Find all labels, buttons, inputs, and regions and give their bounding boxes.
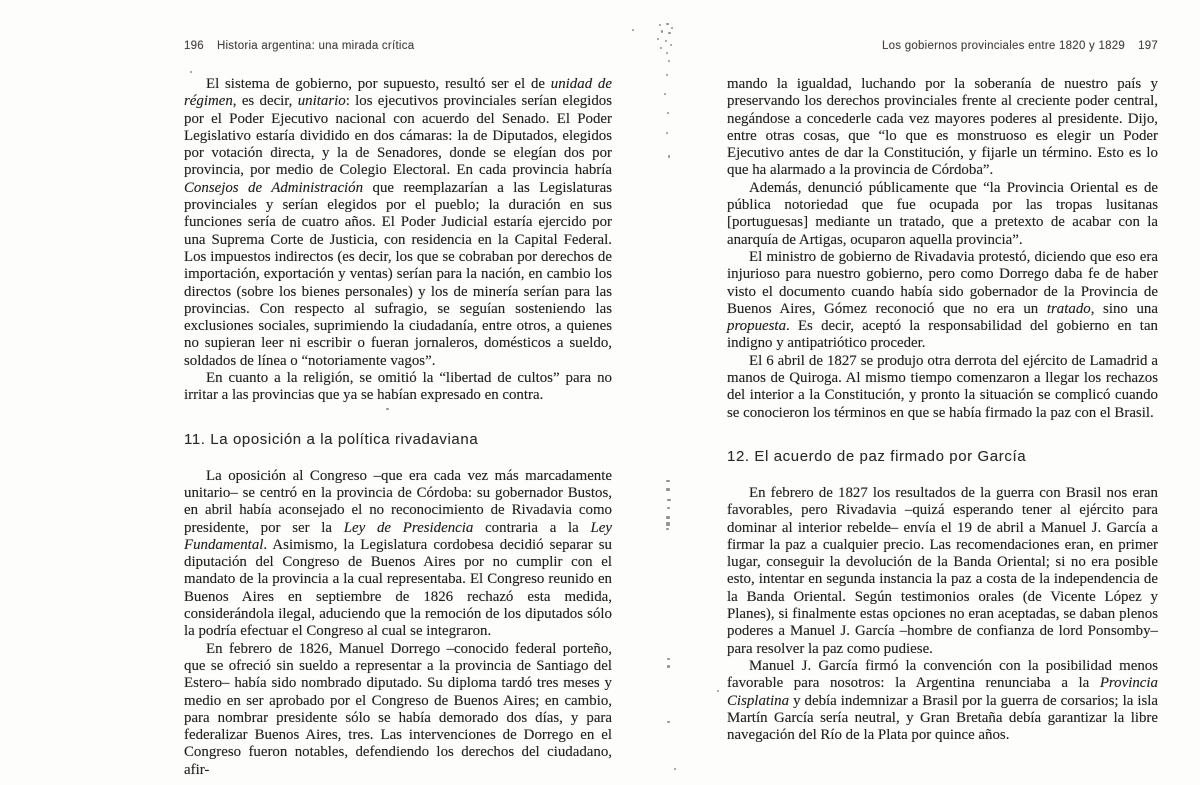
scan-artifact xyxy=(667,507,670,509)
scan-artifact xyxy=(670,44,672,46)
scan-artifact xyxy=(666,528,669,530)
scan-artifact xyxy=(632,29,634,31)
running-title-left: Historia argentina: una mirada crítica xyxy=(217,40,414,52)
scan-artifact xyxy=(386,408,389,410)
paragraph-ministro-protesta: El ministro de gobierno de Rivadavia pro… xyxy=(727,249,1158,353)
scan-artifact xyxy=(666,488,670,491)
paragraph-convencion-garcia: Manuel J. García firmó la convención con… xyxy=(727,658,1158,744)
scan-artifact xyxy=(668,155,670,158)
scan-artifact xyxy=(666,23,669,25)
scan-artifact xyxy=(666,52,668,54)
section-heading-11: 11. La oposición a la política rivadavia… xyxy=(184,430,612,449)
paragraph-provincia-oriental: Además, denunció públicamente que “la Pr… xyxy=(727,180,1158,249)
page-197: Los gobiernos provinciales entre 1820 y … xyxy=(727,40,1158,744)
scan-artifact xyxy=(667,499,671,501)
scan-artifact xyxy=(668,60,670,62)
page-number-right: 197 xyxy=(1138,40,1158,52)
scan-artifact xyxy=(660,47,662,49)
paragraph-derrota-lamadrid: El 6 abril de 1827 se produjo otra derro… xyxy=(727,353,1158,422)
scan-artifact xyxy=(667,112,669,114)
scan-artifact xyxy=(661,30,663,33)
paragraph-guerra-brasil: En febrero de 1827 los resultados de la … xyxy=(727,485,1158,658)
scan-artifact xyxy=(666,480,670,482)
paragraph-dorrego: En febrero de 1826, Manuel Dorrego –cono… xyxy=(184,641,612,779)
paragraph-opposition-cordoba: La oposición al Congreso –que era cada v… xyxy=(184,468,612,641)
scan-artifact xyxy=(666,132,668,134)
scan-artifact xyxy=(659,24,661,26)
scan-artifact xyxy=(671,27,673,29)
scan-artifact xyxy=(667,658,670,660)
page-body-left: El sistema de gobierno, por supuesto, re… xyxy=(184,76,612,779)
scan-artifact xyxy=(674,768,676,770)
scan-artifact xyxy=(667,665,670,668)
running-header-right: Los gobiernos provinciales entre 1820 y … xyxy=(727,40,1158,52)
paragraph-system-of-government: El sistema de gobierno, por supuesto, re… xyxy=(184,76,612,370)
page-number-left: 196 xyxy=(184,40,204,52)
scan-artifact xyxy=(666,522,670,526)
running-header-left: 196 Historia argentina: una mirada críti… xyxy=(184,40,612,52)
page-196: 196 Historia argentina: una mirada críti… xyxy=(184,40,612,779)
scan-artifact xyxy=(666,74,668,76)
book-scan-spread: 196 Historia argentina: una mirada críti… xyxy=(0,0,1200,785)
scan-artifact xyxy=(190,71,192,73)
paragraph-dorrego-continued: mando la igualdad, luchando por la sober… xyxy=(727,76,1158,180)
paragraph-religion: En cuanto a la religión, se omitió la “l… xyxy=(184,370,612,405)
scan-artifact xyxy=(666,516,670,519)
scan-artifact xyxy=(657,38,659,40)
section-heading-12: 12. El acuerdo de paz firmado por García xyxy=(727,447,1158,466)
scan-artifact xyxy=(668,32,671,34)
running-title-right: Los gobiernos provinciales entre 1820 y … xyxy=(882,40,1125,52)
scan-artifact xyxy=(664,93,666,95)
scan-artifact xyxy=(665,40,667,42)
page-body-right: mando la igualdad, luchando por la sober… xyxy=(727,76,1158,744)
scan-artifact xyxy=(717,690,719,692)
scan-artifact xyxy=(667,721,670,723)
